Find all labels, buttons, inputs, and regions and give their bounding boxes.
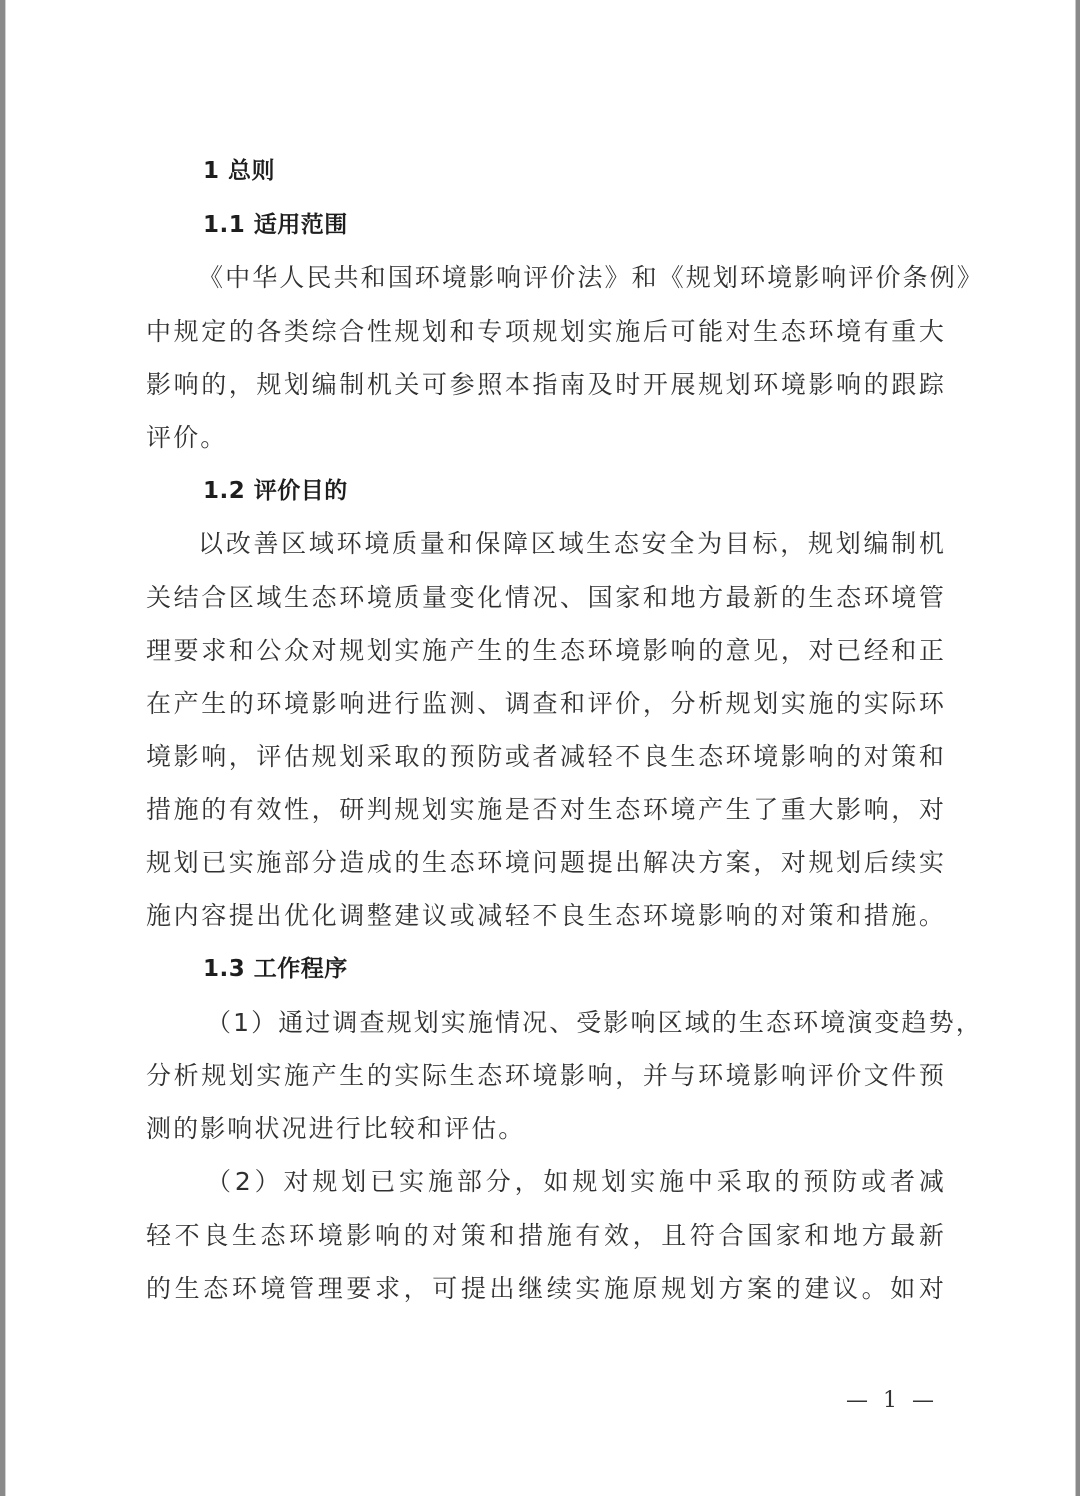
subsection-heading-1-1: 1.1 适用范围 — [203, 206, 348, 239]
paragraph-line: 以改善区域环境质量和保障区域生态安全为目标，规划编制机 — [198, 524, 946, 560]
paragraph-line: 施内容提出优化调整建议或减轻不良生态环境影响的对策和措施。 — [146, 896, 946, 932]
paragraph-line: 理要求和公众对规划实施产生的生态环境影响的意见，对已经和正 — [146, 631, 946, 667]
page-number: — 1 — — [846, 1388, 938, 1413]
paragraph-line: 措施的有效性，研判规划实施是否对生态环境产生了重大影响，对 — [146, 790, 946, 826]
paragraph-line: 评价。 — [146, 418, 227, 454]
paragraph-line: 影响的，规划编制机关可参照本指南及时开展规划环境影响的跟踪 — [146, 365, 946, 401]
document-viewer[interactable]: 1 总则 1.1 适用范围 《中华人民共和国环境影响评价法》和《规划环境影响评价… — [0, 0, 1080, 1496]
paragraph-line: 分析规划实施产生的实际生态环境影响，并与环境影响评价文件预 — [146, 1056, 946, 1092]
paragraph-line: 在产生的环境影响进行监测、调查和评价，分析规划实施的实际环 — [146, 684, 946, 720]
paragraph-line: 规划已实施部分造成的生态环境问题提出解决方案，对规划后续实 — [146, 843, 946, 879]
paragraph-line: 测的影响状况进行比较和评估。 — [146, 1109, 525, 1145]
paragraph-line: 中规定的各类综合性规划和专项规划实施后可能对生态环境有重大 — [146, 312, 946, 348]
paragraph-line: 轻不良生态环境影响的对策和措施有效，且符合国家和地方最新 — [146, 1216, 946, 1252]
paragraph-line: 《中华人民共和国环境影响评价法》和《规划环境影响评价条例》 — [198, 258, 958, 294]
paragraph-line: （1）通过调查规划实施情况、受影响区域的生态环境演变趋势， — [206, 1003, 946, 1039]
paragraph-line: （2）对规划已实施部分，如规划实施中采取的预防或者减 — [206, 1162, 946, 1198]
document-page: 1 总则 1.1 适用范围 《中华人民共和国环境影响评价法》和《规划环境影响评价… — [5, 0, 1076, 1496]
section-title: 1 总则 — [203, 152, 275, 185]
paragraph-line: 境影响，评估规划采取的预防或者减轻不良生态环境影响的对策和 — [146, 737, 946, 773]
subsection-heading-1-2: 1.2 评价目的 — [203, 472, 348, 505]
paragraph-line: 关结合区域生态环境质量变化情况、国家和地方最新的生态环境管 — [146, 578, 946, 614]
subsection-heading-1-3: 1.3 工作程序 — [203, 950, 348, 983]
paragraph-line: 的生态环境管理要求，可提出继续实施原规划方案的建议。如对 — [146, 1269, 946, 1305]
